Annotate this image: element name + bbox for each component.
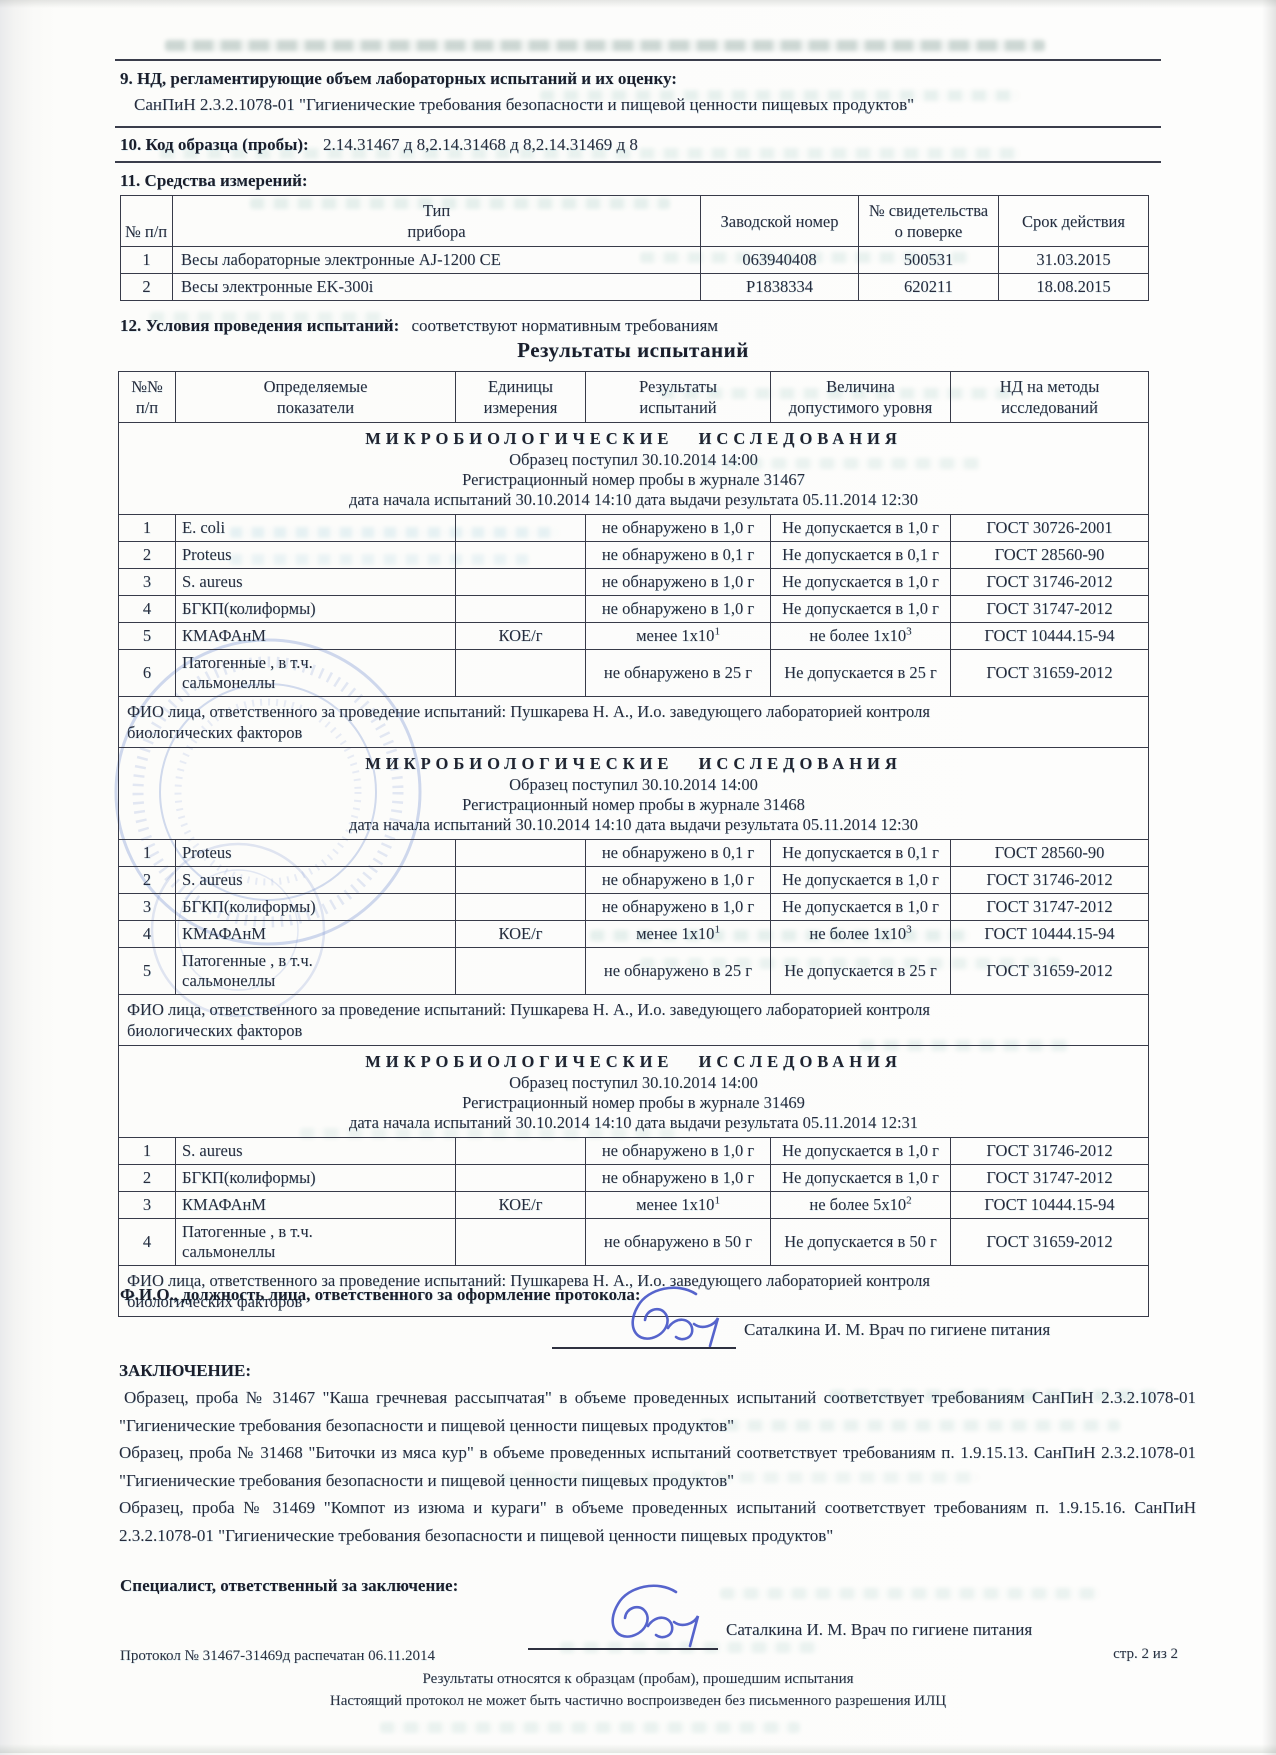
- result-cell-limit: Не допускается в 1,0 г: [771, 515, 951, 542]
- result-cell-num: 1: [119, 840, 176, 867]
- result-cell-method: ГОСТ 10444.15-94: [951, 623, 1149, 650]
- section-header-row: МИКРОБИОЛОГИЧЕСКИЕ ИССЛЕДОВАНИЯОбразец п…: [119, 1046, 1149, 1138]
- scan-edge-top: [0, 0, 1276, 8]
- instrument-cell-serial: P1838334: [701, 274, 859, 301]
- result-cell-num: 5: [119, 623, 176, 650]
- divider: [115, 161, 1161, 163]
- result-cell-method: ГОСТ 31659-2012: [951, 948, 1149, 995]
- conclusion-paragraph: Образец, проба № 31468 "Биточки из мяса …: [119, 1439, 1196, 1494]
- result-row: 3КМАФАнМКОЕ/гменее 1x101не более 5x102ГО…: [119, 1192, 1149, 1219]
- results-header-limit: Величина допустимого уровня: [771, 372, 951, 423]
- result-row: 4КМАФАнМКОЕ/гменее 1x101не более 1x103ГО…: [119, 921, 1149, 948]
- section-11-label: 11. Средства измерений:: [120, 171, 308, 190]
- result-cell-limit: Не допускается в 1,0 г: [771, 1165, 951, 1192]
- instrument-cell-certificate: 500531: [859, 247, 999, 274]
- specialist-label: Специалист, ответственный за заключение:: [120, 1576, 458, 1596]
- result-cell-num: 1: [119, 1138, 176, 1165]
- result-cell-result: менее 1x101: [586, 1192, 771, 1219]
- signer-name: Саталкина И. М. Врач по гигиене питания: [744, 1320, 1050, 1340]
- instrument-cell-num: 2: [121, 274, 173, 301]
- section-reg: Регистрационный номер пробы в журнале 31…: [121, 795, 1146, 815]
- signature-handwriting: [590, 1580, 720, 1650]
- bleed-through-artifact: [380, 1722, 800, 1733]
- scanned-protocol-page: 9. НД, регламентирующие объем лабораторн…: [0, 0, 1276, 1755]
- result-cell-limit: Не допускается в 25 г: [771, 650, 951, 697]
- result-row: 2БГКП(колиформы)не обнаружено в 1,0 гНе …: [119, 1165, 1149, 1192]
- result-cell-result: менее 1x101: [586, 921, 771, 948]
- result-cell-limit: Не допускается в 1,0 г: [771, 569, 951, 596]
- footer-protocol-number: Протокол № 31467-31469д распечатан 06.11…: [120, 1648, 435, 1665]
- result-cell-num: 3: [119, 894, 176, 921]
- conclusion-title: ЗАКЛЮЧЕНИЕ:: [119, 1357, 1196, 1384]
- result-cell-result: не обнаружено в 25 г: [586, 650, 771, 697]
- section-12-value: соответствуют нормативным требованиям: [412, 316, 719, 335]
- result-cell-num: 2: [119, 867, 176, 894]
- section-title: МИКРОБИОЛОГИЧЕСКИЕ ИССЛЕДОВАНИЯ: [121, 427, 1146, 450]
- results-header-unit: Единицы измерения: [456, 372, 586, 423]
- result-cell-method: ГОСТ 10444.15-94: [951, 921, 1149, 948]
- result-row: 1Proteusне обнаружено в 0,1 гНе допускае…: [119, 840, 1149, 867]
- result-row: 5КМАФАнМКОЕ/гменее 1x101не более 1x103ГО…: [119, 623, 1149, 650]
- section-received: Образец поступил 30.10.2014 14:00: [121, 775, 1146, 795]
- result-cell-indicator: S. aureus: [176, 1138, 456, 1165]
- results-header-row: №№ п/п Определяемые показатели Единицы и…: [119, 372, 1149, 423]
- results-header-method: НД на методы исследований: [951, 372, 1149, 423]
- section-11: 11. Средства измерений:: [120, 168, 1180, 194]
- result-cell-method: ГОСТ 31747-2012: [951, 596, 1149, 623]
- section-12-label: 12. Условия проведения испытаний:: [120, 316, 399, 335]
- instrument-row: 1Весы лабораторные электронные AJ-1200 C…: [121, 247, 1149, 274]
- result-row: 1E. coliне обнаружено в 1,0 гНе допускае…: [119, 515, 1149, 542]
- responsible-text: ФИО лица, ответственного за проведение и…: [119, 697, 1149, 748]
- instrument-cell-num: 1: [121, 247, 173, 274]
- conclusion-paragraph: Образец, проба № 31469 "Компот из изюма …: [119, 1494, 1196, 1549]
- result-cell-limit: Не допускается в 0,1 г: [771, 840, 951, 867]
- instrument-cell-validity: 31.03.2015: [999, 247, 1149, 274]
- instruments-table: № п/п Тип прибора Заводской номер № свид…: [120, 195, 1149, 301]
- result-cell-unit: КОЕ/г: [456, 623, 586, 650]
- result-cell-unit: КОЕ/г: [456, 921, 586, 948]
- section-12: 12. Условия проведения испытаний: соотве…: [120, 313, 1180, 339]
- result-cell-unit: [456, 1138, 586, 1165]
- signature-handwriting: [612, 1284, 742, 1350]
- result-row: 6Патогенные , в т.ч. сальмонеллыне обнар…: [119, 650, 1149, 697]
- result-cell-method: ГОСТ 31746-2012: [951, 1138, 1149, 1165]
- section-reg: Регистрационный номер пробы в журнале 31…: [121, 470, 1146, 490]
- result-cell-num: 4: [119, 921, 176, 948]
- result-cell-num: 4: [119, 596, 176, 623]
- instrument-row: 2Весы электронные EK-300iP18383346202111…: [121, 274, 1149, 301]
- section-title: МИКРОБИОЛОГИЧЕСКИЕ ИССЛЕДОВАНИЯ: [121, 752, 1146, 775]
- result-row: 5Патогенные , в т.ч. сальмонеллыне обнар…: [119, 948, 1149, 995]
- section-dates: дата начала испытаний 30.10.2014 14:10 д…: [121, 490, 1146, 510]
- scan-edge-right: [1262, 0, 1276, 1755]
- section-10: 10. Код образца (пробы): 2.14.31467 д 8,…: [120, 132, 1180, 158]
- result-cell-result: не обнаружено в 0,1 г: [586, 542, 771, 569]
- conclusion: ЗАКЛЮЧЕНИЕ: Образец, проба № 31467 "Каша…: [119, 1357, 1196, 1549]
- result-cell-indicator: КМАФАнМ: [176, 1192, 456, 1219]
- signature-line: [552, 1347, 736, 1349]
- result-cell-indicator: Proteus: [176, 840, 456, 867]
- result-cell-num: 6: [119, 650, 176, 697]
- result-cell-result: не обнаружено в 1,0 г: [586, 1138, 771, 1165]
- footer-page-number: стр. 2 из 2: [1058, 1646, 1178, 1663]
- results-title: Результаты испытаний: [118, 338, 1148, 363]
- section-received: Образец поступил 30.10.2014 14:00: [121, 1073, 1146, 1093]
- result-cell-indicator: S. aureus: [176, 569, 456, 596]
- result-cell-limit: Не допускается в 1,0 г: [771, 867, 951, 894]
- result-cell-unit: [456, 894, 586, 921]
- results-tbody: МИКРОБИОЛОГИЧЕСКИЕ ИССЛЕДОВАНИЯОбразец п…: [119, 423, 1149, 1317]
- instruments-header-num: № п/п: [121, 196, 173, 247]
- responsible-text: ФИО лица, ответственного за проведение и…: [119, 995, 1149, 1046]
- instrument-cell-type: Весы электронные EK-300i: [173, 274, 701, 301]
- result-cell-num: 3: [119, 1192, 176, 1219]
- result-cell-limit: Не допускается в 50 г: [771, 1219, 951, 1266]
- instrument-cell-serial: 063940408: [701, 247, 859, 274]
- conclusion-paragraph: Образец, проба № 31467 "Каша гречневая р…: [119, 1384, 1196, 1439]
- result-cell-method: ГОСТ 31747-2012: [951, 894, 1149, 921]
- result-cell-unit: [456, 569, 586, 596]
- scan-edge-bottom: [0, 1744, 1276, 1753]
- result-cell-limit: Не допускается в 25 г: [771, 948, 951, 995]
- result-cell-method: ГОСТ 31747-2012: [951, 1165, 1149, 1192]
- result-cell-num: 2: [119, 1165, 176, 1192]
- result-row: 1S. aureusне обнаружено в 1,0 гНе допуск…: [119, 1138, 1149, 1165]
- result-cell-indicator: БГКП(колиформы): [176, 894, 456, 921]
- instruments-header-certificate: № свидетельства о поверке: [859, 196, 999, 247]
- instruments-table-wrap: № п/п Тип прибора Заводской номер № свид…: [120, 195, 1149, 301]
- result-cell-result: не обнаружено в 1,0 г: [586, 867, 771, 894]
- responsible-row: ФИО лица, ответственного за проведение и…: [119, 697, 1149, 748]
- instruments-header-validity: Срок действия: [999, 196, 1149, 247]
- result-cell-limit: не более 5x102: [771, 1192, 951, 1219]
- result-cell-limit: Не допускается в 1,0 г: [771, 894, 951, 921]
- result-cell-result: не обнаружено в 25 г: [586, 948, 771, 995]
- result-cell-unit: [456, 867, 586, 894]
- responsible-row: ФИО лица, ответственного за проведение и…: [119, 995, 1149, 1046]
- instrument-cell-certificate: 620211: [859, 274, 999, 301]
- result-cell-unit: [456, 596, 586, 623]
- result-cell-method: ГОСТ 31746-2012: [951, 569, 1149, 596]
- section-10-label: 10. Код образца (пробы):: [120, 135, 309, 154]
- result-cell-num: 5: [119, 948, 176, 995]
- section-9-label: 9. НД, регламентирующие объем лабораторн…: [120, 69, 677, 88]
- result-cell-method: ГОСТ 31746-2012: [951, 867, 1149, 894]
- section-title: МИКРОБИОЛОГИЧЕСКИЕ ИССЛЕДОВАНИЯ: [121, 1050, 1146, 1073]
- result-cell-indicator: Патогенные , в т.ч. сальмонеллы: [176, 948, 456, 995]
- result-cell-result: не обнаружено в 1,0 г: [586, 894, 771, 921]
- result-cell-method: ГОСТ 31659-2012: [951, 1219, 1149, 1266]
- result-cell-result: не обнаружено в 1,0 г: [586, 569, 771, 596]
- result-row: 4БГКП(колиформы)не обнаружено в 1,0 гНе …: [119, 596, 1149, 623]
- result-cell-num: 4: [119, 1219, 176, 1266]
- result-cell-unit: [456, 1165, 586, 1192]
- result-row: 2Proteusне обнаружено в 0,1 гНе допускае…: [119, 542, 1149, 569]
- result-cell-result: не обнаружено в 1,0 г: [586, 1165, 771, 1192]
- bleed-through-artifact: [720, 1588, 1100, 1599]
- footer-note-1: Результаты относятся к образцам (пробам)…: [118, 1671, 1158, 1688]
- results-header-result: Результаты испытаний: [586, 372, 771, 423]
- result-cell-indicator: Патогенные , в т.ч. сальмонеллы: [176, 650, 456, 697]
- instrument-cell-validity: 18.08.2015: [999, 274, 1149, 301]
- instruments-tbody: 1Весы лабораторные электронные AJ-1200 C…: [121, 247, 1149, 301]
- signature-line: [528, 1648, 718, 1650]
- section-header-row: МИКРОБИОЛОГИЧЕСКИЕ ИССЛЕДОВАНИЯОбразец п…: [119, 423, 1149, 515]
- section-9: 9. НД, регламентирующие объем лабораторн…: [120, 66, 1180, 118]
- result-cell-unit: [456, 840, 586, 867]
- result-cell-indicator: БГКП(колиформы): [176, 596, 456, 623]
- footer-note-2: Настоящий протокол не может быть частичн…: [118, 1693, 1158, 1710]
- protocol-responsible-label: Ф.И.О., должность лица, ответственного з…: [120, 1285, 641, 1305]
- divider: [115, 126, 1161, 128]
- result-row: 3S. aureusне обнаружено в 1,0 гНе допуск…: [119, 569, 1149, 596]
- instrument-cell-type: Весы лабораторные электронные AJ-1200 CE: [173, 247, 701, 274]
- result-row: 3БГКП(колиформы)не обнаружено в 1,0 гНе …: [119, 894, 1149, 921]
- result-cell-method: ГОСТ 10444.15-94: [951, 1192, 1149, 1219]
- result-cell-unit: [456, 542, 586, 569]
- results-table-wrap: №№ п/п Определяемые показатели Единицы и…: [118, 371, 1149, 1317]
- result-cell-result: не обнаружено в 0,1 г: [586, 840, 771, 867]
- result-cell-num: 2: [119, 542, 176, 569]
- signer-name: Саталкина И. М. Врач по гигиене питания: [726, 1620, 1032, 1640]
- result-cell-indicator: Патогенные , в т.ч. сальмонеллы: [176, 1219, 456, 1266]
- result-cell-indicator: Proteus: [176, 542, 456, 569]
- result-cell-indicator: S. aureus: [176, 867, 456, 894]
- result-cell-limit: не более 1x103: [771, 623, 951, 650]
- result-cell-method: ГОСТ 28560-90: [951, 542, 1149, 569]
- result-cell-limit: не более 1x103: [771, 921, 951, 948]
- results-header-indicator: Определяемые показатели: [176, 372, 456, 423]
- section-reg: Регистрационный номер пробы в журнале 31…: [121, 1093, 1146, 1113]
- result-cell-method: ГОСТ 28560-90: [951, 840, 1149, 867]
- results-header-num: №№ п/п: [119, 372, 176, 423]
- result-cell-limit: Не допускается в 1,0 г: [771, 1138, 951, 1165]
- bleed-through-artifact: [165, 40, 1045, 51]
- section-dates: дата начала испытаний 30.10.2014 14:10 д…: [121, 815, 1146, 835]
- result-cell-result: менее 1x101: [586, 623, 771, 650]
- section-dates: дата начала испытаний 30.10.2014 14:10 д…: [121, 1113, 1146, 1133]
- result-cell-num: 3: [119, 569, 176, 596]
- result-cell-indicator: БГКП(колиформы): [176, 1165, 456, 1192]
- instruments-header-serial: Заводской номер: [701, 196, 859, 247]
- result-row: 2S. aureusне обнаружено в 1,0 гНе допуск…: [119, 867, 1149, 894]
- section-received: Образец поступил 30.10.2014 14:00: [121, 450, 1146, 470]
- result-cell-method: ГОСТ 31659-2012: [951, 650, 1149, 697]
- results-table: №№ п/п Определяемые показатели Единицы и…: [118, 371, 1149, 1317]
- result-cell-indicator: КМАФАнМ: [176, 921, 456, 948]
- result-row: 4Патогенные , в т.ч. сальмонеллыне обнар…: [119, 1219, 1149, 1266]
- result-cell-limit: Не допускается в 0,1 г: [771, 542, 951, 569]
- result-cell-result: не обнаружено в 50 г: [586, 1219, 771, 1266]
- result-cell-unit: [456, 948, 586, 995]
- result-cell-unit: [456, 650, 586, 697]
- result-cell-method: ГОСТ 30726-2001: [951, 515, 1149, 542]
- result-cell-unit: [456, 1219, 586, 1266]
- instruments-header-type: Тип прибора: [173, 196, 701, 247]
- result-cell-result: не обнаружено в 1,0 г: [586, 515, 771, 542]
- result-cell-num: 1: [119, 515, 176, 542]
- section-9-value: СанПиН 2.3.2.1078-01 "Гигиенические треб…: [134, 92, 914, 118]
- result-cell-unit: [456, 515, 586, 542]
- instruments-header-row: № п/п Тип прибора Заводской номер № свид…: [121, 196, 1149, 247]
- divider: [115, 59, 1161, 61]
- section-header-row: МИКРОБИОЛОГИЧЕСКИЕ ИССЛЕДОВАНИЯОбразец п…: [119, 748, 1149, 840]
- result-cell-unit: КОЕ/г: [456, 1192, 586, 1219]
- section-10-value: 2.14.31467 д 8,2.14.31468 д 8,2.14.31469…: [323, 135, 638, 154]
- result-cell-limit: Не допускается в 1,0 г: [771, 596, 951, 623]
- result-cell-result: не обнаружено в 1,0 г: [586, 596, 771, 623]
- result-cell-indicator: КМАФАнМ: [176, 623, 456, 650]
- result-cell-indicator: E. coli: [176, 515, 456, 542]
